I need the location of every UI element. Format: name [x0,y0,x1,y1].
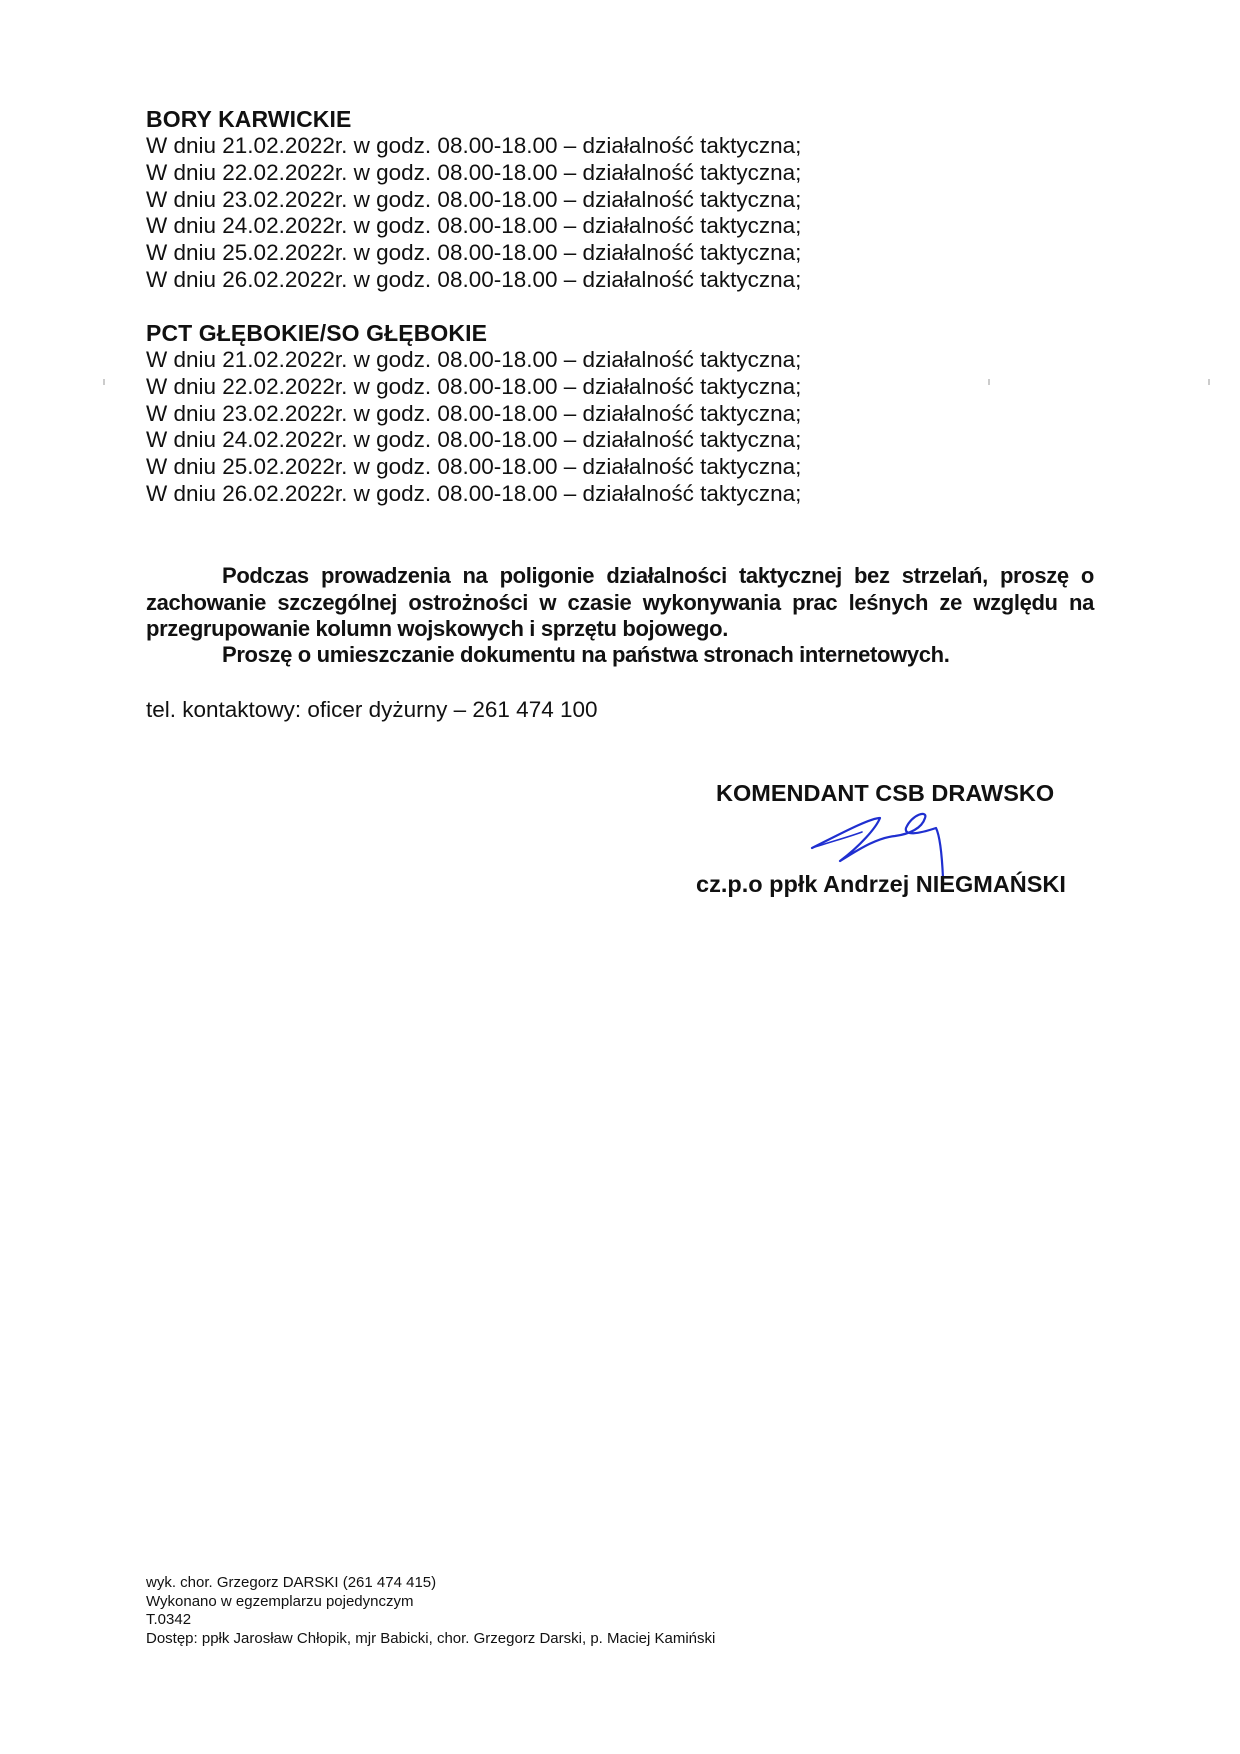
schedule-line: W dniu 26.02.2022r. w godz. 08.00-18.00 … [146,481,866,508]
scan-artifact [103,379,105,385]
schedule-line: W dniu 21.02.2022r. w godz. 08.00-18.00 … [146,347,866,374]
schedule-line: W dniu 25.02.2022r. w godz. 08.00-18.00 … [146,454,866,481]
schedule-line: W dniu 22.02.2022r. w godz. 08.00-18.00 … [146,160,866,187]
section-heading: PCT GŁĘBOKIE/SO GŁĘBOKIE [146,320,866,347]
schedule-line: W dniu 24.02.2022r. w godz. 08.00-18.00 … [146,213,866,240]
schedule-line: W dniu 23.02.2022r. w godz. 08.00-18.00 … [146,401,866,428]
signatory-title: KOMENDANT CSB DRAWSKO [716,780,1054,807]
section-pct-glebokie: PCT GŁĘBOKIE/SO GŁĘBOKIE W dniu 21.02.20… [146,320,866,508]
schedule-line: W dniu 25.02.2022r. w godz. 08.00-18.00 … [146,240,866,267]
schedule-line: W dniu 21.02.2022r. w godz. 08.00-18.00 … [146,133,866,160]
schedule-line: W dniu 26.02.2022r. w godz. 08.00-18.00 … [146,267,866,294]
section-bory-karwickie: BORY KARWICKIE W dniu 21.02.2022r. w god… [146,106,866,294]
scan-artifact [988,379,990,385]
request-text: Proszę o umieszczanie dokumentu na państ… [146,642,1094,669]
document-footer: wyk. chor. Grzegorz DARSKI (261 474 415)… [146,1574,715,1648]
request-paragraph: Proszę o umieszczanie dokumentu na państ… [146,642,1094,669]
schedule-line: W dniu 24.02.2022r. w godz. 08.00-18.00 … [146,427,866,454]
signatory-name: cz.p.o ppłk Andrzej NIEGMAŃSKI [696,871,1066,898]
scan-artifact [1208,379,1210,385]
footer-ref: T.0342 [146,1611,715,1630]
notice-paragraph: Podczas prowadzenia na poligonie działal… [146,563,1094,643]
schedule-line: W dniu 22.02.2022r. w godz. 08.00-18.00 … [146,374,866,401]
contact-phone: tel. kontaktowy: oficer dyżurny – 261 47… [146,697,598,723]
footer-copies: Wykonano w egzemplarzu pojedynczym [146,1593,715,1612]
section-heading: BORY KARWICKIE [146,106,866,133]
footer-author: wyk. chor. Grzegorz DARSKI (261 474 415) [146,1574,715,1593]
document-page: BORY KARWICKIE W dniu 21.02.2022r. w god… [0,0,1240,1754]
schedule-line: W dniu 23.02.2022r. w godz. 08.00-18.00 … [146,187,866,214]
notice-text: Podczas prowadzenia na poligonie działal… [146,563,1094,643]
footer-access: Dostęp: ppłk Jarosław Chłopik, mjr Babic… [146,1630,715,1649]
